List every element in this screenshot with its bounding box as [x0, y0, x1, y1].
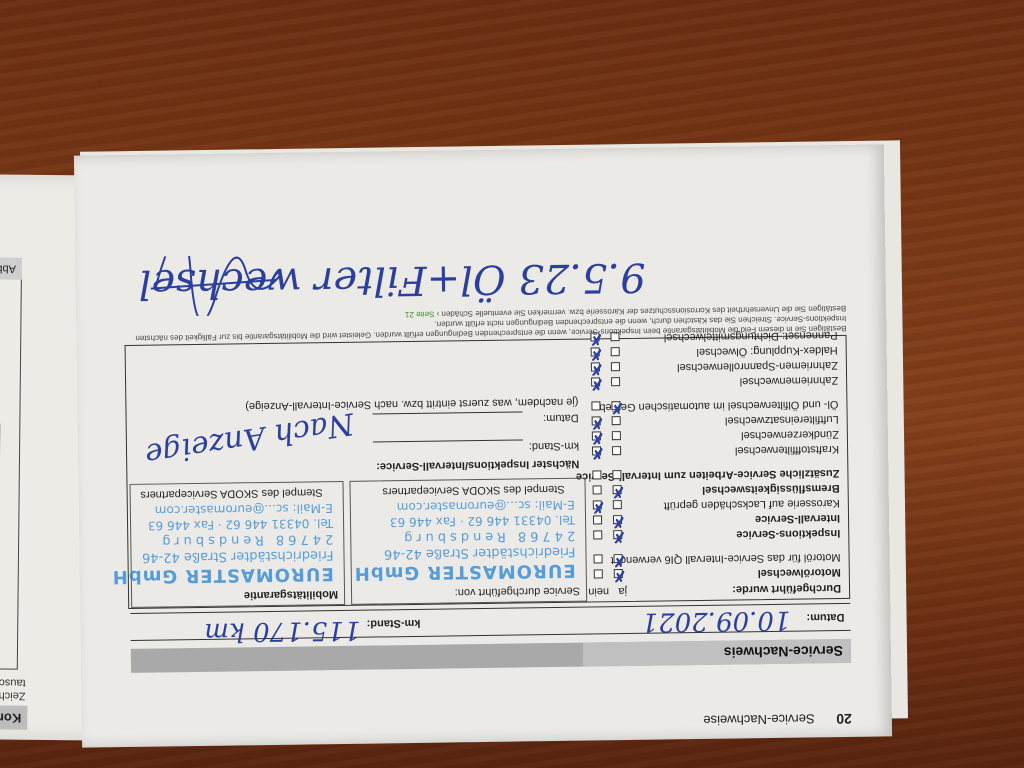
task-label: Motoröl für das Service-Intervall QI6 ve…	[611, 551, 841, 566]
task-label: Motorölwechsel	[758, 566, 841, 579]
task-label: Bremsflüssigkeitswechsel	[702, 482, 840, 496]
task-label: Inspektions-Service	[736, 527, 840, 540]
footnote-link[interactable]: Seite 21	[405, 310, 434, 319]
check-mark-icon: ✗	[590, 377, 603, 389]
checkbox-nein[interactable]	[593, 530, 602, 539]
datum-value: 10.09.2021	[641, 605, 790, 637]
check-mark-icon: ✗	[612, 485, 625, 497]
service-page: 20 Service-Nachweise Service-Nachweis Da…	[74, 144, 892, 747]
check-mark-icon: ✗	[591, 446, 604, 458]
check-mark-icon: ✗	[613, 554, 626, 566]
task-label: Kraftstofffilterwechsel	[735, 443, 839, 456]
checkbox-nein[interactable]	[594, 554, 603, 563]
page-title: Service-Nachweis	[583, 639, 851, 667]
checkbox-nein[interactable]	[593, 515, 602, 524]
task-label: Öl- und Ölfilterwechsel im automatischen…	[593, 398, 838, 413]
page-number: 20	[836, 711, 852, 727]
task-label: Karosserie auf Lackschäden geprüft	[664, 497, 840, 511]
checkbox-ja[interactable]	[612, 431, 621, 440]
figure-label: Abb. 6	[0, 257, 22, 280]
checkbox-ja[interactable]	[611, 377, 620, 386]
task-label: Intervall-Service	[755, 512, 840, 525]
task-label: Haldex-Kupplung: Ölwechsel	[696, 344, 837, 358]
task-label: Zahnriemen-Spannrollenwechsel	[677, 359, 838, 373]
checkbox-nein[interactable]	[594, 569, 603, 578]
section-name: Service-Nachweise	[703, 711, 814, 728]
service-table: Durchgeführt wurde: ja nein Motorölwechs…	[125, 335, 851, 609]
checkbox-ja[interactable]	[611, 347, 620, 356]
service-by-box: Service durchgeführt von: EUROMASTER Gmb…	[349, 478, 587, 605]
left-page-text: Zeichnen Sie tausch erford	[0, 675, 26, 702]
next-service-box: Nächster Inspektions/Intervall-Service: …	[130, 344, 586, 478]
checkbox-nein[interactable]	[592, 470, 601, 479]
task-label: Luftfiltereinsatzwechsel	[725, 413, 839, 427]
datum-row: Datum: 10.09.2021 km-Stand: 115.170 km	[130, 603, 850, 641]
check-mark-icon: ✗	[591, 416, 604, 428]
next-service-handwritten: Nach Anzeige	[143, 405, 357, 472]
check-mark-icon: ✗	[592, 500, 605, 512]
check-mark-icon: ✗	[590, 347, 603, 359]
figure-box	[0, 277, 22, 670]
checkbox-ja[interactable]	[612, 470, 621, 479]
checkbox-ja[interactable]	[611, 362, 620, 371]
check-mark-icon: ✗	[612, 515, 625, 527]
check-mark-icon: ✗	[613, 569, 626, 581]
page-header: 20 Service-Nachweise	[703, 711, 852, 729]
check-mark-icon: ✗	[591, 431, 604, 443]
checkbox-nein[interactable]	[591, 401, 600, 410]
km-value: 115.170 km	[204, 615, 361, 647]
checkbox-ja[interactable]	[612, 416, 621, 425]
check-mark-icon: ✗	[613, 530, 626, 542]
signature	[145, 255, 286, 317]
checkbox-ja[interactable]	[613, 500, 622, 509]
checkbox-ja[interactable]	[612, 446, 621, 455]
checkbox-nein[interactable]	[593, 485, 602, 494]
task-label: Zahnriemenwechsel	[740, 374, 839, 387]
left-page-title: Korrosio	[0, 705, 27, 730]
task-label: Zündkerzenwechsel	[741, 428, 839, 441]
check-mark-icon: ✗	[611, 401, 624, 413]
mobility-box: Mobilitätsgarantie EUROMASTER GmbH Fried…	[129, 481, 345, 608]
check-mark-icon: ✗	[590, 362, 603, 374]
